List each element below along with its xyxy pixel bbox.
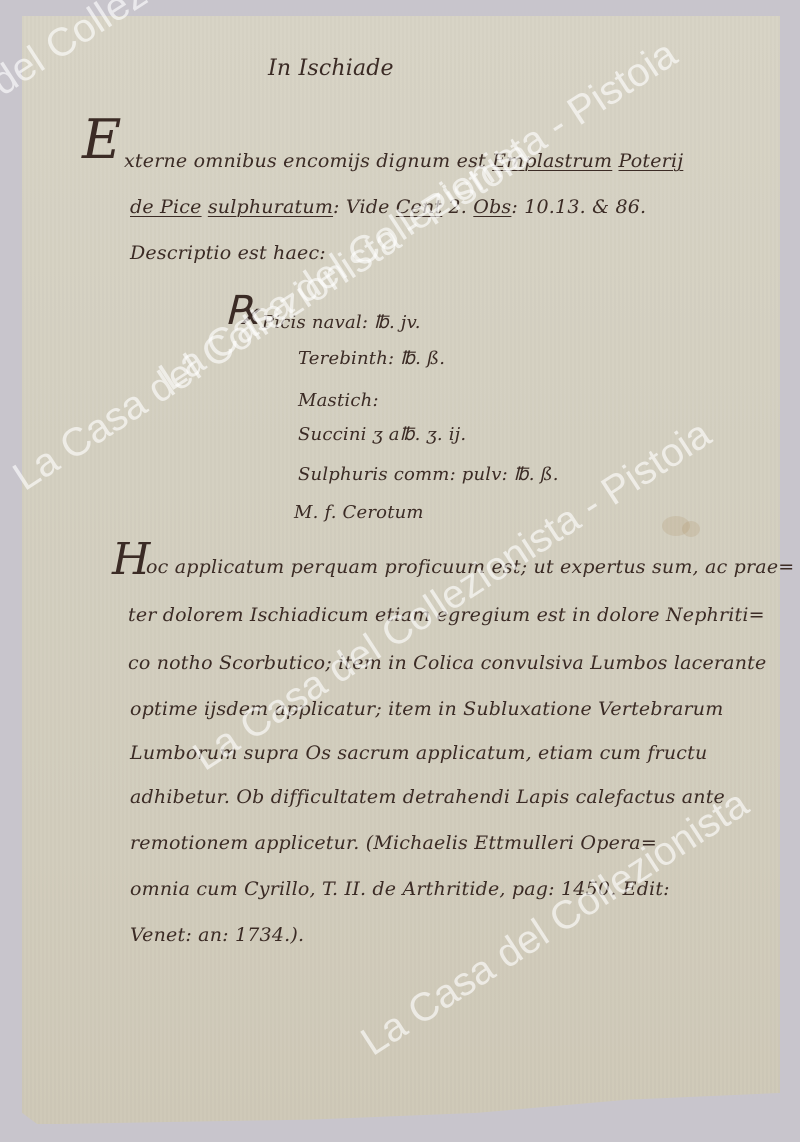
underlined-term: sulphuratum [208,196,333,218]
body-line: optime ijsdem applicatur; item in Sublux… [130,698,723,720]
body-line: adhibetur. Ob difficultatem detrahendi L… [130,786,725,808]
recipe-item: Sulphuris comm: pulv: ℔. ß. [298,464,559,485]
intro-text: xterne omnibus encomijs dignum est [124,150,492,172]
document-title: In Ischiade [268,56,394,81]
body-initial: H [112,534,151,585]
body-line: Venet: an: 1734.). [130,924,304,946]
body-line: remotionem applicetur. (Michaelis Ettmul… [130,832,657,854]
underlined-term: de Pice [130,196,202,218]
recipe-item: Mastich: [298,390,379,411]
intro-initial: E [82,108,122,171]
paper-stain [682,521,700,537]
paper-stain [662,516,690,536]
intro-line-1: xterne omnibus encomijs dignum est Empla… [124,150,683,172]
intro-line-3: Descriptio est haec: [130,242,326,264]
recipe-item: Terebinth: ℔. ß. [298,348,445,369]
recipe-item: M. f. Cerotum [294,502,424,523]
underlined-term: Poterij [619,150,684,172]
intro-text: : 10.13. & 86. [511,196,646,218]
recipe-item: Succini ʒ a℔. ʒ. ij. [298,424,466,445]
body-line: co notho Scorbutico; item in Colica conv… [128,652,766,674]
